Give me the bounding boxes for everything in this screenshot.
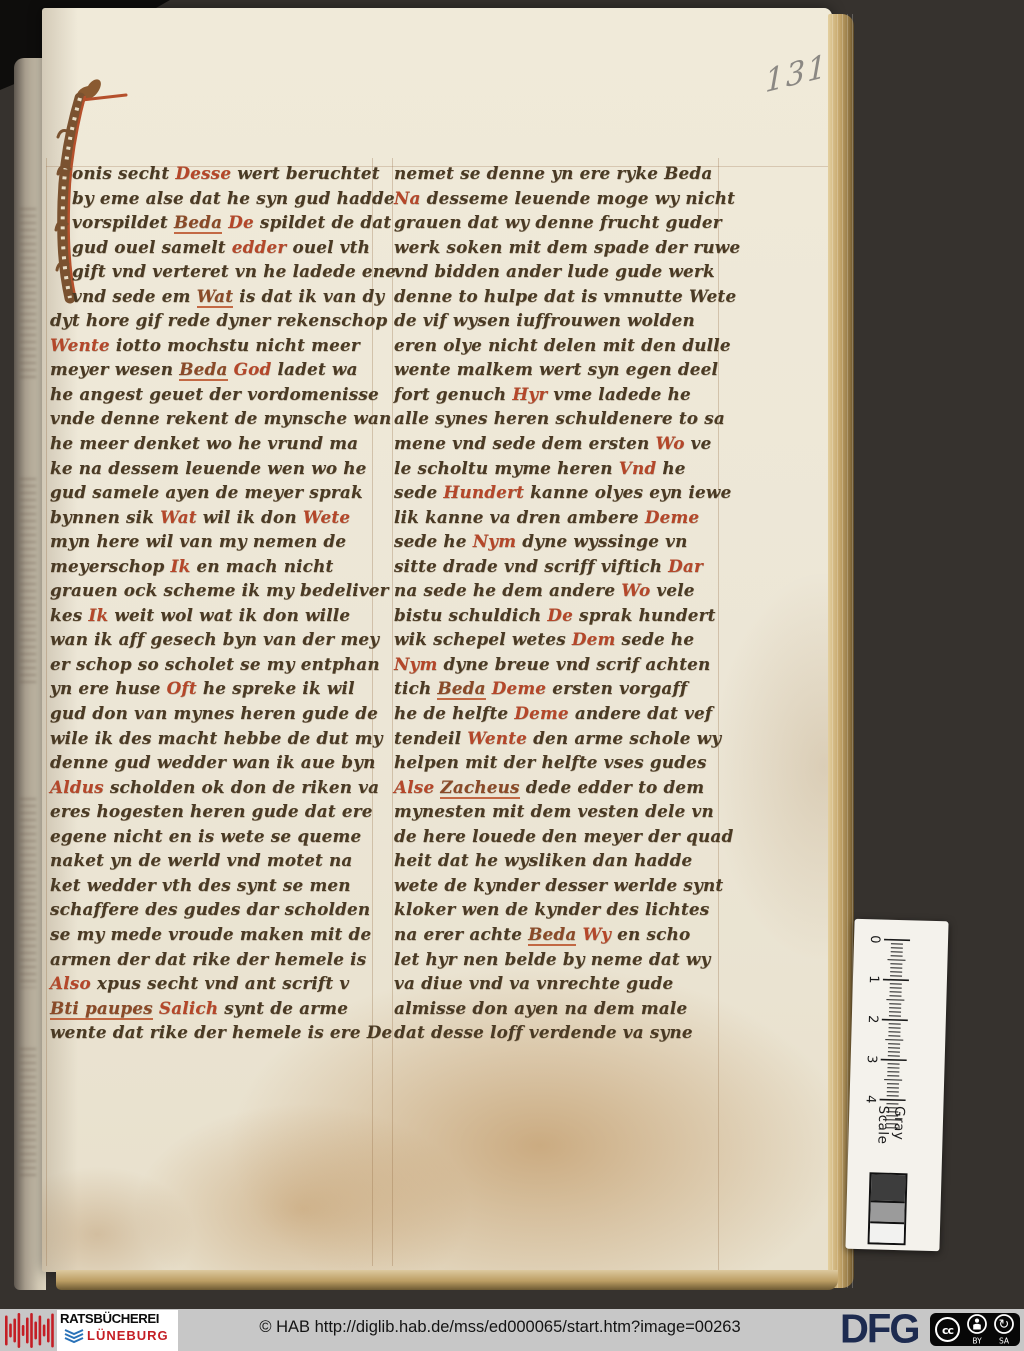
cc-icon: cc	[934, 1316, 961, 1343]
manuscript-line: grauen ock scheme ik my bedeliver	[50, 580, 382, 605]
grayscale-patch	[870, 1221, 905, 1243]
svg-text:2: 2	[865, 1015, 880, 1024]
svg-text:1: 1	[866, 975, 881, 984]
manuscript-line: bynnen sik Wat wil ik don Wete	[50, 507, 382, 532]
manuscript-line: he meer denket wo he vrund ma	[50, 433, 382, 458]
folio-number: 131	[765, 48, 828, 101]
manuscript-line: denne to hulpe dat is vmnutte Wete	[394, 286, 726, 311]
manuscript-line: he angest geuet der vordomenisse	[50, 384, 382, 409]
cc-license-badge: cc BY ↻ SA	[930, 1313, 1020, 1346]
manuscript-line: le scholtu myme heren Vnd he	[394, 458, 726, 483]
manuscript-line: lik kanne va dren ambere Deme	[394, 507, 726, 532]
manuscript-line: se my mede vroude maken mit de	[50, 924, 382, 949]
text-column-right: nemet se denne yn ere ryke BedaNa dessem…	[394, 163, 726, 1047]
manuscript-line: egene nicht en is wete se queme	[50, 826, 382, 851]
library-name: RATSBÜCHEREI	[60, 1311, 176, 1326]
manuscript-line: wete de kynder desser werlde synt	[394, 875, 726, 900]
manuscript-line: helpen mit der helfte vses gudes	[394, 752, 726, 777]
manuscript-line: wente malkem wert syn egen deel	[394, 359, 726, 384]
manuscript-line: meyer wesen Beda God ladet wa	[50, 359, 382, 384]
ratsbuecherei-logo: RATSBÜCHEREI LÜNEBURG	[57, 1310, 178, 1351]
manuscript-line: sede he Nym dyne wyssinge vn	[394, 531, 726, 556]
manuscript-line: almisse don ayen na dem male	[394, 998, 726, 1023]
manuscript-line: va diue vnd va vnrechte gude	[394, 973, 726, 998]
manuscript-line: onis secht Desse wert beruchtet	[50, 163, 382, 188]
manuscript-line: na sede he dem andere Wo vele	[394, 580, 726, 605]
manuscript-line: Alse Zacheus dede edder to dem	[394, 777, 726, 802]
manuscript-line: kes Ik weit wol wat ik don wille	[50, 605, 382, 630]
manuscript-line: ke na dessem leuende wen wo he	[50, 458, 382, 483]
grayscale-patch	[871, 1174, 906, 1201]
manuscript-line: gud samele ayen de meyer sprak	[50, 482, 382, 507]
manuscript-line: yn ere huse Oft he spreke ik wil	[50, 678, 382, 703]
manuscript-line: fort genuch Hyr vme ladede he	[394, 384, 726, 409]
ruler-scale: 01234	[853, 927, 923, 1135]
manuscript-line: gud ouel samelt edder ouel vth	[50, 237, 382, 262]
bleedthrough-text	[20, 478, 36, 688]
digitized-manuscript-viewer: onis secht Desse wert beruchtetby eme al…	[0, 0, 1024, 1351]
manuscript-line: nemet se denne yn ere ryke Beda	[394, 163, 726, 188]
manuscript-line: heit dat he wysliken dan hadde	[394, 850, 726, 875]
manuscript-line: denne gud wedder wan ik aue byn	[50, 752, 382, 777]
manuscript-line: Wente iotto mochstu nicht meer	[50, 335, 382, 360]
manuscript-line: by eme alse dat he syn gud hadde	[50, 188, 382, 213]
manuscript-line: vnde denne rekent de mynsche wan	[50, 408, 382, 433]
manuscript-line: wente dat rike der hemele is ere De	[50, 1022, 382, 1047]
manuscript-line: armen der dat rike der hemele is	[50, 949, 382, 974]
library-bars-icon	[3, 1312, 55, 1349]
page-bottom-edge	[56, 1270, 838, 1290]
manuscript-line: grauen dat wy denne frucht guder	[394, 212, 726, 237]
open-book-icon	[64, 1327, 84, 1344]
manuscript-line: wan ik aff gesech byn van der mey	[50, 629, 382, 654]
manuscript-line: vnd bidden ander lude gude werk	[394, 261, 726, 286]
dfg-logo: DFG	[840, 1307, 930, 1351]
manuscript-line: myn here wil van my nemen de	[50, 531, 382, 556]
svg-text:BY: BY	[972, 1337, 982, 1346]
ruling-line	[392, 158, 393, 1266]
manuscript-line: he de helfte Deme andere dat vef	[394, 703, 726, 728]
svg-text:0: 0	[867, 935, 882, 944]
manuscript-page: onis secht Desse wert beruchtetby eme al…	[42, 8, 832, 1272]
manuscript-line: werk soken mit dem spade der ruwe	[394, 237, 726, 262]
svg-text:SA: SA	[999, 1337, 1010, 1346]
manuscript-line: dyt hore gif rede dyner rekenschop	[50, 310, 382, 335]
manuscript-line: let hyr nen belde by neme dat wy	[394, 949, 726, 974]
manuscript-line: naket yn de werld vnd motet na	[50, 850, 382, 875]
grayscale-label: Gray Scale	[874, 1105, 908, 1172]
manuscript-line: mene vnd sede dem ersten Wo ve	[394, 433, 726, 458]
manuscript-line: meyerschop Ik en mach nicht	[50, 556, 382, 581]
manuscript-line: bistu schuldich De sprak hundert	[394, 605, 726, 630]
manuscript-line: vnd sede em Wat is dat ik van dy	[50, 286, 382, 311]
cc-by-icon: BY	[965, 1314, 989, 1345]
manuscript-line: kloker wen de kynder des lichtes	[394, 899, 726, 924]
svg-text:↻: ↻	[999, 1318, 1010, 1333]
manuscript-line: vorspildet Beda De spildet de dat	[50, 212, 382, 237]
svg-text:4: 4	[862, 1095, 877, 1104]
manuscript-line: de here louede den meyer der quad	[394, 826, 726, 851]
manuscript-line: Nym dyne breue vnd scrif achten	[394, 654, 726, 679]
manuscript-line: eren olye nicht delen mit den dulle	[394, 335, 726, 360]
manuscript-line: schaffere des gudes dar scholden	[50, 899, 382, 924]
manuscript-line: wik schepel wetes Dem sede he	[394, 629, 726, 654]
grayscale-patch	[870, 1200, 905, 1222]
manuscript-line: Na desseme leuende moge wy nicht	[394, 188, 726, 213]
manuscript-line: gift vnd verteret vn he ladede ene	[50, 261, 382, 286]
bleedthrough-text	[20, 798, 36, 988]
manuscript-line: sitte drade vnd scriff viftich Dar	[394, 556, 726, 581]
manuscript-line: Bti paupes Salich synt de arme	[50, 998, 382, 1023]
ruling-line	[46, 158, 47, 1266]
svg-text:3: 3	[864, 1055, 879, 1064]
footer-bar: RATSBÜCHEREI LÜNEBURG © HAB http://digli…	[0, 1309, 1024, 1351]
manuscript-line: er schop so scholet se my entphan	[50, 654, 382, 679]
manuscript-line: alle synes heren schuldenere to sa	[394, 408, 726, 433]
svg-text:cc: cc	[942, 1324, 954, 1337]
manuscript-line: de vif wysen iuffrouwen wolden	[394, 310, 726, 335]
grayscale-patches	[868, 1172, 908, 1245]
text-column-left: onis secht Desse wert beruchtetby eme al…	[50, 163, 382, 1047]
manuscript-line: Aldus scholden ok don de riken va	[50, 777, 382, 802]
grayscale-ruler-card: 01234 Gray Scale	[845, 919, 948, 1251]
library-city: LÜNEBURG	[87, 1328, 169, 1343]
manuscript-line: dat desse loff verdende va syne	[394, 1022, 726, 1047]
manuscript-line: tich Beda Deme ersten vorgaff	[394, 678, 726, 703]
manuscript-line: sede Hundert kanne olyes eyn iewe	[394, 482, 726, 507]
manuscript-line: mynesten mit dem vesten dele vn	[394, 801, 726, 826]
manuscript-line: wile ik des macht hebbe de dut my	[50, 728, 382, 753]
manuscript-line: tendeil Wente den arme schole wy	[394, 728, 726, 753]
image-credit-url: © HAB http://diglib.hab.de/mss/ed000065/…	[200, 1318, 800, 1337]
manuscript-line: ket wedder vth des synt se men	[50, 875, 382, 900]
manuscript-line: na erer achte Beda Wy en scho	[394, 924, 726, 949]
cc-sa-icon: ↻ SA	[992, 1314, 1016, 1345]
manuscript-line: gud don van mynes heren gude de	[50, 703, 382, 728]
bleedthrough-text	[20, 1048, 36, 1178]
manuscript-line: eres hogesten heren gude dat ere	[50, 801, 382, 826]
manuscript-line: Also xpus secht vnd ant scrift v	[50, 973, 382, 998]
